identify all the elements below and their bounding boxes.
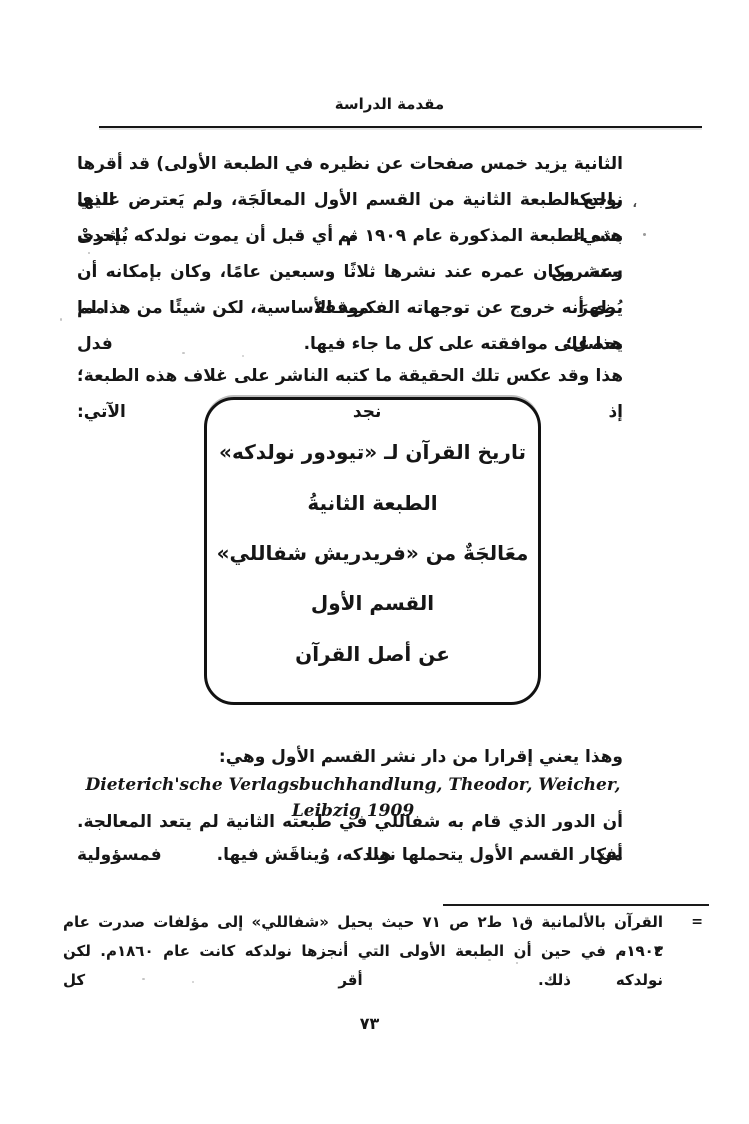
paragraph-conclusion: أن الدور الذي قام به شفاللي في طبعته الث…: [77, 806, 623, 872]
page-number: ٧٣: [0, 1014, 739, 1033]
box-editor-line: معَالجَةٌ من «فريدريش شفاللي»: [217, 541, 529, 565]
box-part-line: القسم الأول: [311, 591, 434, 615]
scanned-book-page: مقدمة الدراسة الثانية يزيد خمس صفحات عن …: [0, 0, 749, 1124]
running-header-title: مقدمة الدراسة: [30, 95, 749, 113]
box-title-line: تاريخ القرآن لـ «تيودور نولدكه»: [219, 440, 526, 464]
footnote-line: ١٩٠٤م في حين أن الطبعة الأولى التي أنجزه…: [63, 937, 663, 966]
scan-speckle: [88, 252, 90, 254]
book-cover-box: تاريخ القرآن لـ «تيودور نولدكه» الطبعة ا…: [204, 397, 541, 705]
scan-speckle: [643, 233, 646, 236]
text-line: يرى أنه خروج عن توجهاته الفكرية الأساسية…: [77, 290, 623, 326]
text-line: سنة، وكان عمره عند نشرها ثلاثًا وسبعين ع…: [77, 254, 623, 290]
publisher-intro-line: وهذا يعني إقرارا من دار نشر القسم الأول …: [77, 742, 623, 772]
text-line: هذه الطبعة المذكورة عام ١٩٠٩ م، أي قبل أ…: [77, 218, 623, 254]
paragraph-cover-intro: هذا وقد عكس تلك الحقيقة ما كتبه الناشر ع…: [77, 358, 623, 394]
paragraph-edition-history: الثانية يزيد خمس صفحات عن نظيره في الطبع…: [77, 146, 623, 362]
text-line: أن الدور الذي قام به شفاللي في طبعته الث…: [77, 806, 623, 839]
footnote-separator-rule: [443, 904, 709, 906]
scan-speckle: [242, 355, 244, 357]
scan-stray-comma: ،: [632, 196, 637, 210]
footnote-line: القرآن بالألمانية ق١ ط٢ ص ٧١ حيث يحيل «ش…: [63, 908, 663, 937]
footnote-block: القرآن بالألمانية ق١ ط٢ ص ٧١ حيث يحيل «ش…: [63, 908, 663, 995]
scan-speckle: [516, 962, 518, 964]
scan-speckle: [60, 318, 62, 321]
scan-speckle: [192, 981, 194, 983]
scan-speckle: [142, 978, 145, 980]
box-edition-line: الطبعة الثانيةُ: [307, 491, 437, 515]
text-line: هذا وقد عكس تلك الحقيقة ما كتبه الناشر ع…: [77, 358, 623, 394]
scan-speckle: [182, 352, 185, 354]
text-line: راجع الطبعة الثانية من القسم الأول المعا…: [77, 182, 623, 218]
footnote-continuation-marker: =: [691, 908, 703, 937]
scan-speckle: [488, 959, 491, 961]
box-subject-line: عن أصل القرآن: [295, 642, 450, 666]
text-line: الثانية يزيد خمس صفحات عن نظيره في الطبع…: [77, 146, 623, 182]
header-rule: [99, 126, 702, 128]
